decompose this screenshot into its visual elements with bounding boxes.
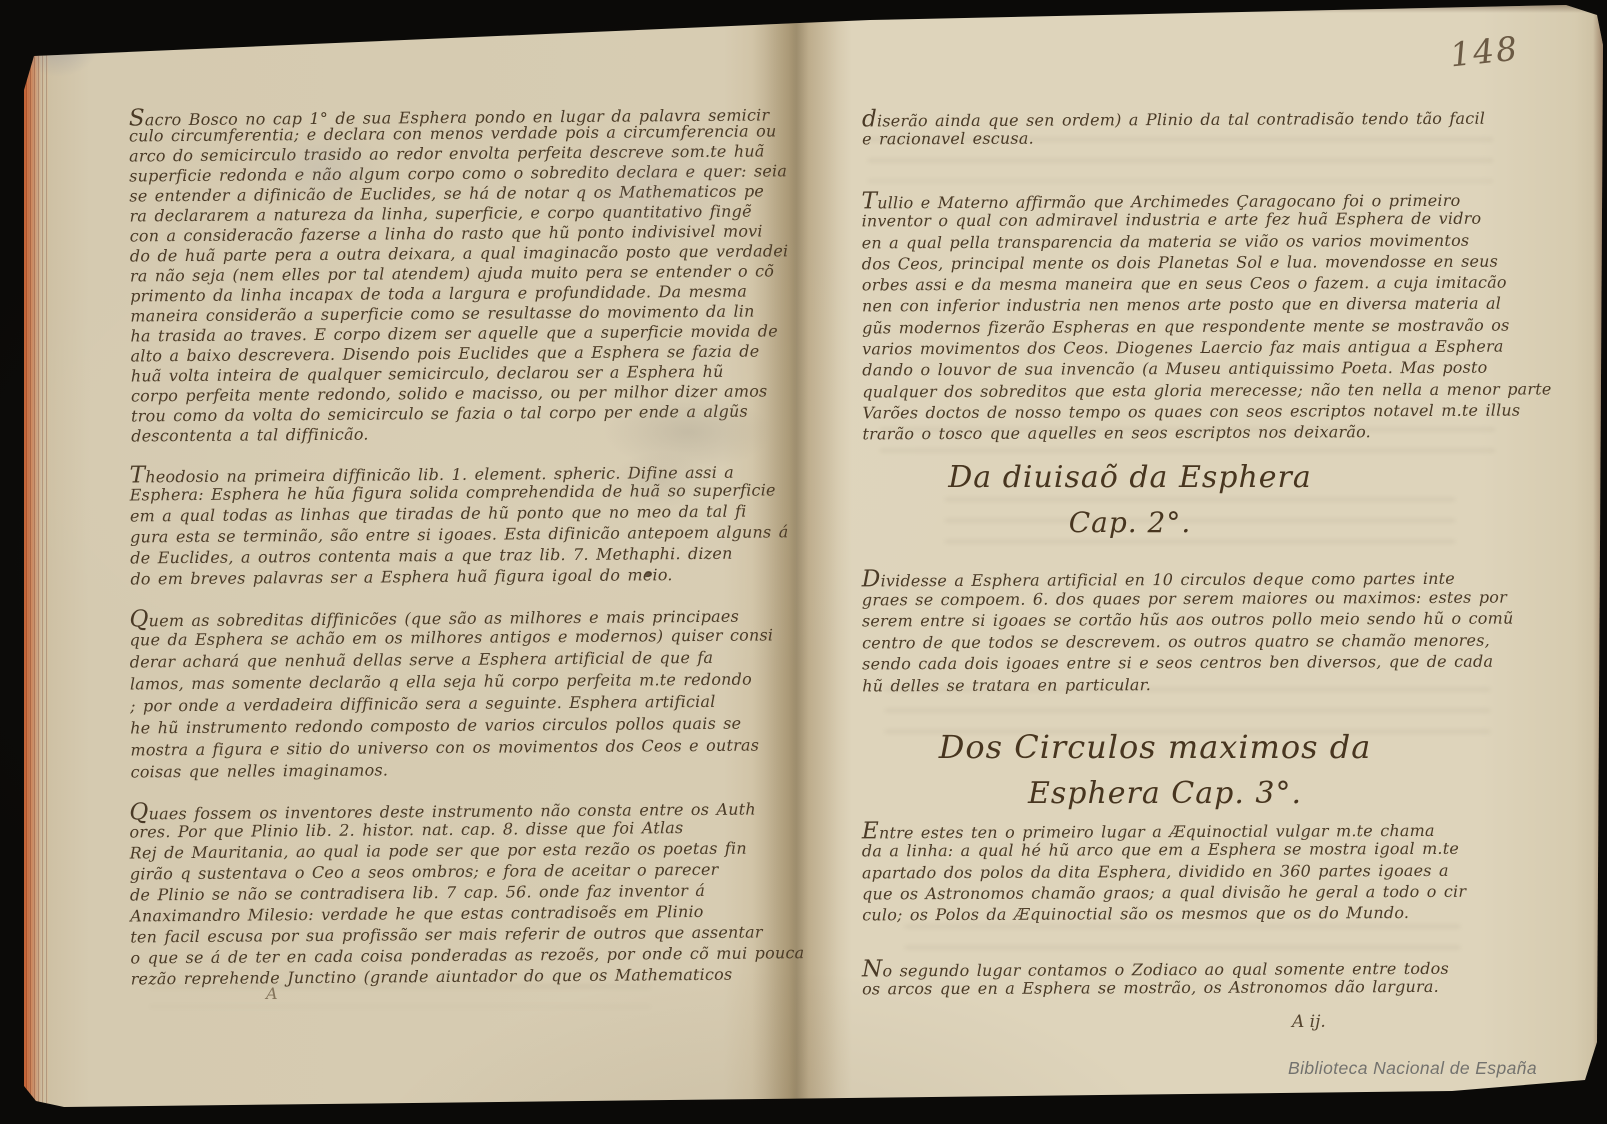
manuscript-line: varios movimentos dos Ceos. Diogenes Lae… (862, 336, 1510, 360)
manuscript-line: Tullio e Materno affirmão que Archimedes… (861, 187, 1509, 211)
manuscript-line: apartado dos polos da dita Esphera, divi… (862, 859, 1510, 883)
chapter-2-title: Da diuisaõ da Esphera (900, 460, 1360, 495)
right-paragraph-4: Entre estes ten o primeiro lugar a Æquin… (862, 817, 1510, 926)
manuscript-line: orbes assi e da mesma maneira que en seu… (862, 272, 1510, 296)
library-watermark: Biblioteca Nacional de España (1288, 1058, 1537, 1079)
left-signature-mark: A (266, 984, 278, 1003)
chapter-2-number: Cap. 2°. (900, 506, 1360, 539)
manuscript-line: culo; os Polos da Æquinoctial são os mes… (862, 902, 1510, 926)
manuscript-line: Dividesse a Esphera artificial en 10 cir… (862, 565, 1510, 589)
manuscript-line: trarão o tosco que aquelles en seos escr… (862, 421, 1510, 445)
manuscript-line: e racionavel escusa. (862, 126, 1510, 150)
manuscript-line: No segundo lugar contamos o Zodiaco ao q… (862, 955, 1510, 979)
right-paragraph-1: diserão ainda que sen ordem) a Plinio da… (862, 105, 1510, 150)
manuscript-line: sendo cada dois igoaes entre si e seos c… (862, 651, 1510, 675)
manuscript-line: centro de que todos se descrevem. os out… (862, 629, 1510, 653)
manuscript-line: hũ delles se tratara en particular. (862, 672, 1510, 696)
manuscript-line: Varões doctos de nosso tempo os quaes co… (862, 400, 1510, 424)
manuscript-line: qualquer dos sobreditos que esta gloria … (862, 378, 1510, 402)
manuscript-line: do em breves palavras ser a Esphera huã … (130, 564, 755, 590)
left-paragraph-2: Theodosio na primeira diffinicão lib. 1.… (130, 459, 756, 590)
chapter-3-number: Esphera Cap. 3°. (930, 776, 1400, 811)
folio-number: 148 (1448, 29, 1521, 75)
manuscript-line: en a qual pella transparencia da materia… (862, 229, 1510, 253)
left-paragraph-3: Quem as sobreditas diffinicões (que são … (129, 603, 755, 784)
manuscript-line: diserão ainda que sen ordem) a Plinio da… (862, 105, 1510, 129)
manuscript-line: que os Astronomos chamão graos; a qual d… (862, 880, 1510, 904)
manuscript-line: inventor o qual con admiravel industria … (862, 208, 1510, 232)
chapter-3-title: Dos Circulos maximos da (920, 728, 1390, 766)
manuscript-line: dos Ceos, principal mente os dois Planet… (862, 250, 1510, 274)
manuscript-line: coisas que nelles imaginamos. (131, 757, 756, 784)
manuscript-line: serem entre si igoaes se cortão hũs aos … (862, 608, 1510, 632)
right-paragraph-5: No segundo lugar contamos o Zodiaco ao q… (862, 955, 1510, 1000)
manuscript-line: graes se compoem. 6. dos quaes por serem… (862, 586, 1510, 610)
left-paragraph-4: Quaes fossem os inventores deste instrum… (129, 796, 755, 990)
right-paragraph-3: Dividesse a Esphera artificial en 10 cir… (862, 565, 1511, 697)
scan-canvas: 148 Sacro Bosco no cap 1° de sua Esphera… (0, 0, 1607, 1124)
manuscript-line: Entre estes ten o primeiro lugar a Æquin… (862, 817, 1510, 841)
manuscript-line: nen con inferior industria nen menos art… (862, 293, 1510, 317)
manuscript-line: da a linha: a qual hé hũ arco que em a E… (862, 838, 1510, 862)
manuscript-line: dando o louvor de sua invencão (a Museu … (862, 357, 1510, 381)
manuscript-spread: 148 Sacro Bosco no cap 1° de sua Esphera… (0, 0, 1607, 1124)
manuscript-line: gũs modernos fizerão Espheras en que res… (862, 314, 1510, 338)
book-fore-edge (22, 0, 50, 1124)
manuscript-line: os arcos que en a Esphera se mostrão, os… (862, 976, 1510, 1000)
manuscript-line: descontenta a tal diffinicão. (131, 422, 756, 447)
left-paragraph-1: Sacro Bosco no cap 1° de sua Esphera pon… (129, 102, 757, 447)
right-paragraph-2: Tullio e Materno affirmão que Archimedes… (861, 187, 1510, 445)
right-signature-mark: A ij. (1292, 1012, 1326, 1032)
manuscript-line: rezão reprehende Junctino (grande aiunta… (131, 964, 756, 990)
showthrough-ghost (905, 925, 1460, 953)
